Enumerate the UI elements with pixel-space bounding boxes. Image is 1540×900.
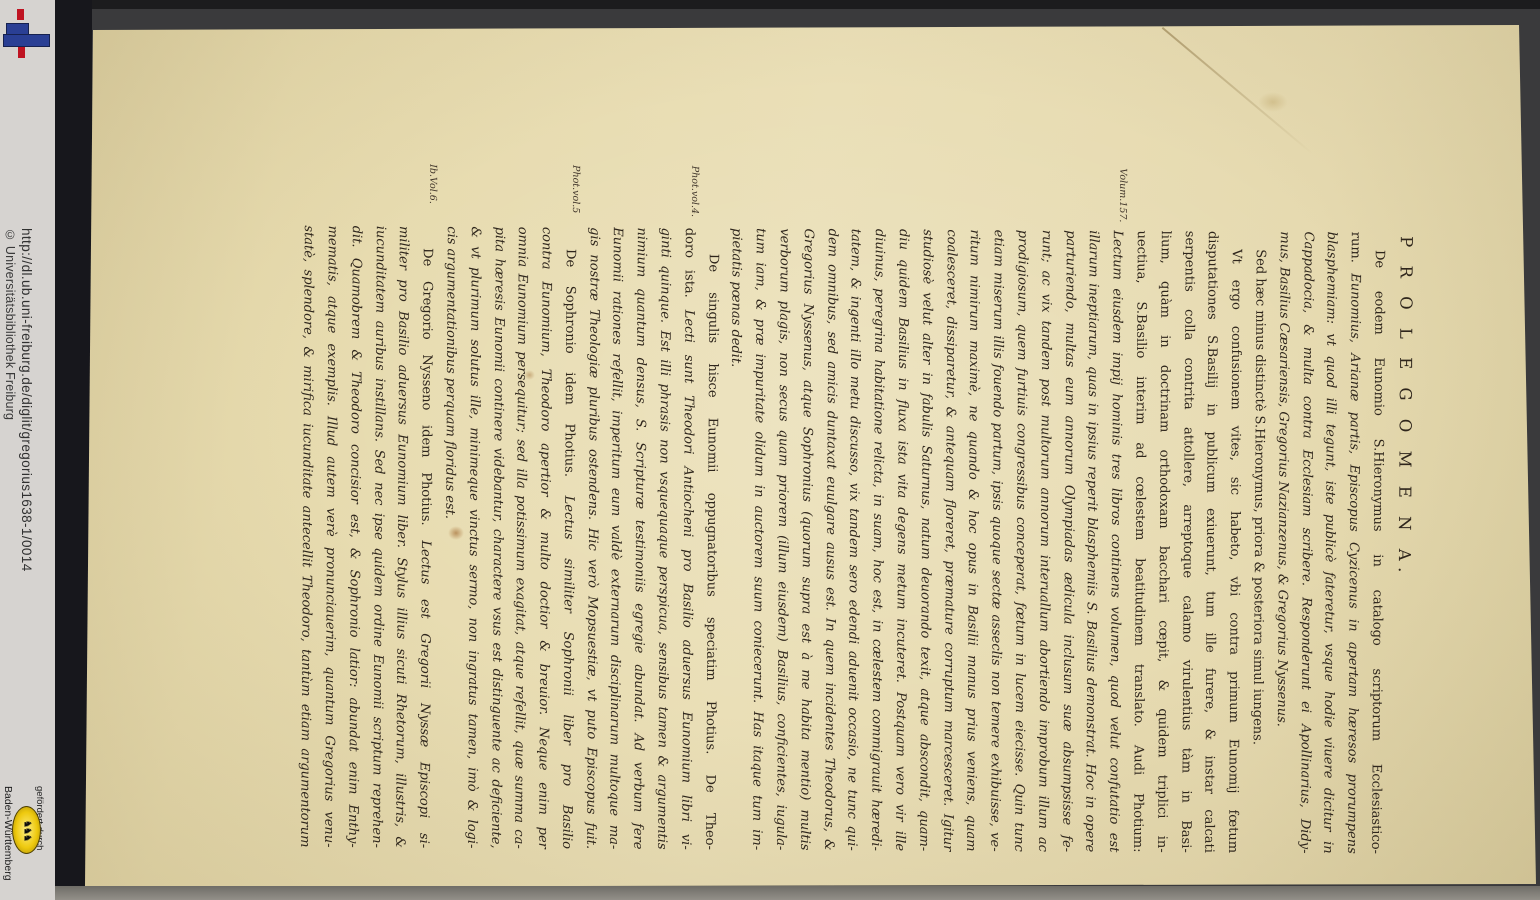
line-text: diuinus, peregrina habitatione relicta, … (868, 229, 887, 851)
line-text: nimium quantum densus, S. Scripturæ test… (630, 227, 649, 849)
line-text: ginti quinque. Est illi phrasis non vsqu… (654, 228, 673, 850)
line-text: serpentis colla contrita attollere, arre… (1178, 231, 1197, 853)
text-line: uectiua, S.Basilio interim ad cœlestem b… (1125, 230, 1153, 852)
text-line: verborum plagis, non secus quam priorem … (768, 228, 796, 850)
text-line: pita hæresis Eunomii continere videbantu… (483, 227, 511, 849)
text-line: Phot.vol.5De Sophronio idem Photius. Lec… (554, 227, 582, 849)
funding-region: Baden-Württemberg (2, 786, 14, 881)
text-line: omnia Eunomium persequitur; sed illa pot… (507, 227, 535, 849)
line-text: mematis, atque exemplis. Illud autem ver… (321, 226, 340, 848)
line-lead-roman: rum. (1348, 232, 1363, 273)
book-page: P R O L E G O M E N A. De eodem Eunomio … (0, 0, 1540, 900)
three-lions-icon: ♞♞♞ (22, 820, 32, 841)
text-block: P R O L E G O M E N A. De eodem Eunomio … (292, 225, 1415, 854)
line-text: De singulis hisce Eunomii oppugnatoribus… (702, 254, 721, 850)
margin-note: Volum.157. (1116, 168, 1128, 224)
line-text: cis argumentationibus perquam floridus e… (442, 226, 459, 519)
line-text: & vt plurimum solutus ille, minimeque vi… (464, 226, 483, 848)
text-line: mematis, atque exemplis. Illud autem ver… (316, 226, 344, 848)
library-sidebar: http://dl.ub.uni-freiburg.de/diglit/greg… (0, 0, 55, 900)
text-line: diu quidem Basilius in fluxa ista vita d… (887, 229, 915, 851)
line-text: disputationes S.Basilij in publicum exiu… (1202, 231, 1221, 853)
line-text: Lectus est Gregorii Nyssæ Episcopi si- (416, 540, 433, 848)
line-lead-roman: De Sophronio idem Photius. (561, 249, 578, 496)
text-line: & vt plurimum solutus ille, minimeque vi… (459, 226, 487, 848)
line-text: Eunomii rationes refellit, imperitum eum… (607, 227, 626, 849)
line-text: coalesceret, dissiparetur, & antequam fl… (940, 229, 959, 851)
text-line: Eunomii rationes refellit, imperitum eum… (602, 227, 630, 849)
line-text: gis nostræ Theologiæ pluribus ostendens.… (583, 227, 602, 849)
line-text: studiosè velut alter in fabulis Saturnus… (916, 229, 935, 851)
line-text: Gregorius Nyssenus, atque Sophronius (qu… (797, 228, 816, 850)
line-text: Lecti sunt Theodori Antiocheni pro Basil… (678, 310, 696, 850)
line-text: Lectus similiter Sophronii liber pro Bas… (559, 496, 576, 849)
text-line: mus, Basilius Cæsariensis, Gregorius Naz… (1268, 231, 1296, 853)
line-text: verborum plagis, non secus quam priorem … (773, 228, 792, 850)
line-text: Eunomius, Arianæ partis, Episcopus Cyzic… (1344, 273, 1363, 854)
line-text: Cappadocia, & multa contra Ecclesiam scr… (1297, 231, 1316, 853)
text-line: Cappadocia, & multa contra Ecclesiam scr… (1292, 231, 1320, 853)
line-text: Lectum eiusdem impij hominis tres libros… (1106, 230, 1125, 852)
line-text: Sed hæc minus distinctè S.Hieronymus, pr… (1250, 249, 1268, 745)
body-lines: De eodem Eunomio S.Hieronymus in catalog… (292, 225, 1390, 854)
line-text: uectiua, S.Basilio interim ad cœlestem b… (1130, 230, 1149, 852)
text-line: runt; ac vix tandem post multorum annoru… (1030, 230, 1058, 852)
line-text: ritum nimirum maximè, ne quando & hoc op… (964, 229, 983, 851)
text-line: serpentis colla contrita attollere, arre… (1173, 231, 1201, 853)
text-line: statè, splendore, & mirifica iucunditate… (292, 225, 320, 847)
ub-freiburg-logo (0, 0, 55, 62)
line-text: mus, Basilius Cæsariensis, Gregorius Naz… (1274, 231, 1292, 727)
line-text: runt; ac vix tandem post multorum annoru… (1035, 230, 1054, 852)
text-line: ritum nimirum maximè, ne quando & hoc op… (959, 229, 987, 851)
line-text: statè, splendore, & mirifica iucunditate… (297, 225, 316, 847)
text-line: Phot.vol.4.doro ista. Lecti sunt Theodor… (673, 228, 701, 850)
text-line: disputationes S.Basilij in publicum exiu… (1197, 231, 1225, 853)
text-line: lium, quàm in doctrinam orthodoxam bacch… (1149, 231, 1177, 853)
line-text: diu quidem Basilius in fluxa ista vita d… (892, 229, 911, 851)
copyright-notice: © Universitätsbibliothek Freiburg (3, 228, 17, 420)
line-text: prodigiosum, quem furtiuis congressibus … (1011, 230, 1030, 852)
text-line: studiosè velut alter in fabulis Saturnus… (911, 229, 939, 851)
text-line: diuinus, peregrina habitatione relicta, … (864, 229, 892, 851)
line-lead-roman: De Gregorio Nysseno idem Photius. (418, 248, 435, 540)
scan-viewport: P R O L E G O M E N A. De eodem Eunomio … (0, 0, 1540, 900)
text-line: Sed hæc minus distinctè S.Hieronymus, pr… (1244, 231, 1272, 853)
line-text: dit. Quamobrem & Theodoro concisior est,… (345, 226, 364, 848)
line-text: blasphemiam: vt quod illi tegunt, iste p… (1320, 232, 1339, 854)
bottom-scan-band (55, 886, 1540, 900)
page-content-rotated: P R O L E G O M E N A. De eodem Eunomio … (89, 22, 1529, 891)
logo-bar-long (3, 34, 50, 47)
text-line: etiam miserum illis fouendo partum, ipsi… (983, 230, 1011, 852)
text-line: pietatis pœnas dedit. (721, 228, 749, 850)
logo-dot-top (17, 9, 24, 20)
line-lead-roman: doro ista. (681, 228, 697, 310)
margin-note: Phot.vol.4. (688, 166, 700, 222)
line-text: etiam miserum illis fouendo partum, ipsi… (987, 230, 1006, 852)
text-line: blasphemiam: vt quod illi tegunt, iste p… (1316, 232, 1344, 854)
line-text: tum iam, & præ impuritate olidum in auct… (749, 228, 768, 850)
text-line: De singulis hisce Eunomii oppugnatoribus… (697, 228, 725, 850)
line-text: parturiendo, multas eum annorum Olympiad… (1059, 230, 1078, 852)
text-line: nimium quantum densus, S. Scripturæ test… (626, 227, 654, 849)
text-line: ginti quinque. Est illi phrasis non vsqu… (649, 228, 677, 850)
text-line: rum. Eunomius, Arianæ partis, Episcopus … (1339, 232, 1367, 854)
line-text: contra Eunomium, Theodoro apertior & mul… (535, 227, 554, 849)
text-line: gis nostræ Theologiæ pluribus ostendens.… (578, 227, 606, 849)
margin-note: Phot.vol.5 (569, 165, 581, 221)
line-text: omnia Eunomium persequitur; sed illa pot… (511, 227, 530, 849)
text-line: militer pro Basilio aduersus Eunomium li… (388, 226, 416, 848)
text-line: contra Eunomium, Theodoro apertior & mul… (530, 227, 558, 849)
line-text: militer pro Basilio aduersus Eunomium li… (392, 226, 411, 848)
text-line: Vt ergo confusionem vites, sic habeto, v… (1221, 231, 1249, 853)
text-line: dit. Quamobrem & Theodoro concisior est,… (340, 226, 368, 848)
top-shadow-band (55, 0, 1540, 9)
page-title: P R O L E G O M E N A. (1393, 236, 1416, 854)
text-line: dem omnibus, sed amicis duntaxat euulgar… (816, 229, 844, 851)
line-text: De eodem Eunomio S.Hieronymus in catalog… (1368, 250, 1387, 854)
text-line: cis argumentationibus perquam floridus e… (435, 226, 463, 848)
text-line: Gregorius Nyssenus, atque Sophronius (qu… (792, 228, 820, 850)
logo-dot-bottom (18, 47, 25, 58)
text-line: parturiendo, multas eum annorum Olympiad… (1054, 230, 1082, 852)
text-line: iucunditatem auribus instillans. Sed nec… (364, 226, 392, 848)
line-text: dem omnibus, sed amicis duntaxat euulgar… (821, 229, 840, 851)
line-text: Vt ergo confusionem vites, sic habeto, v… (1225, 249, 1244, 853)
text-line: tatem, & ingenti illo metu discusso, vix… (840, 229, 868, 851)
text-line: illarum ineptiarum, quas in ipsius reper… (1078, 230, 1106, 852)
text-line: prodigiosum, quem furtiuis congressibus … (1006, 230, 1034, 852)
line-text: iucunditatem auribus instillans. Sed nec… (369, 226, 388, 848)
margin-note: Ib.Vol.6. (426, 164, 438, 220)
baden-wuerttemberg-coat-of-arms: ♞♞♞ (12, 806, 41, 854)
line-text: tatem, & ingenti illo metu discusso, vix… (845, 229, 864, 851)
text-line: De eodem Eunomio S.Hieronymus in catalog… (1363, 232, 1391, 854)
line-text: illarum ineptiarum, quas in ipsius reper… (1083, 230, 1102, 852)
text-line: coalesceret, dissiparetur, & antequam fl… (935, 229, 963, 851)
text-line: Ib.Vol.6.De Gregorio Nysseno idem Photiu… (411, 226, 439, 848)
source-url: http://dl.ub.uni-freiburg.de/diglit/greg… (19, 228, 34, 572)
line-text: pietatis pœnas dedit. (729, 228, 745, 367)
line-text: pita hæresis Eunomii continere videbantu… (488, 227, 507, 849)
text-line: tum iam, & præ impuritate olidum in auct… (745, 228, 773, 850)
text-line: Volum.157.Lectum eiusdem impij hominis t… (1102, 230, 1130, 852)
line-text: lium, quàm in doctrinam orthodoxam bacch… (1154, 231, 1173, 853)
